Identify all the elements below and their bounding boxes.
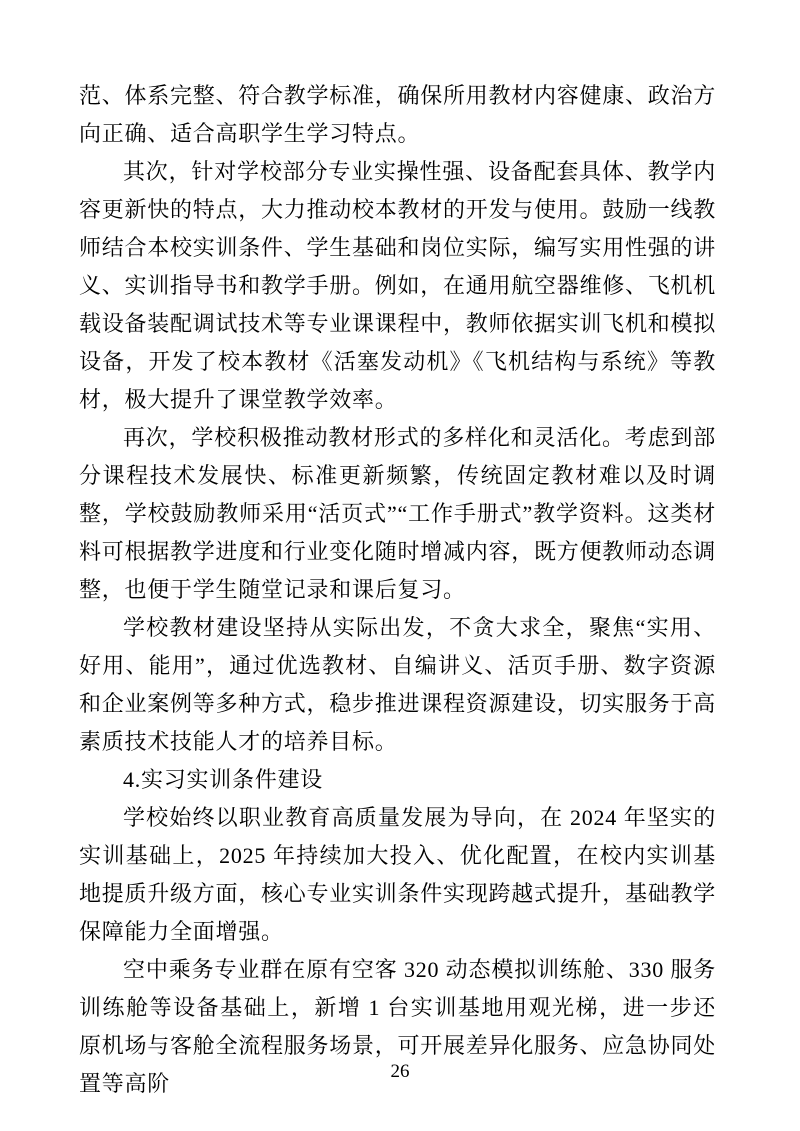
document-body: 范、体系完整、符合教学标准，确保所用教材内容健康、政治方向正确、适合高职学生学习… bbox=[79, 77, 716, 1103]
paragraph-continuation: 范、体系完整、符合教学标准，确保所用教材内容健康、政治方向正确、适合高职学生学习… bbox=[79, 77, 716, 153]
section-heading-training-conditions: 4.实习实训条件建设 bbox=[79, 761, 716, 799]
paragraph-training-investment: 学校始终以职业教育高质量发展为导向，在 2024 年坚实的实训基础上，2025 … bbox=[79, 799, 716, 951]
page-number: 26 bbox=[391, 1061, 410, 1082]
page-footer: 26 bbox=[0, 1058, 800, 1086]
paragraph-textbook-formats: 再次，学校积极推动教材形式的多样化和灵活化。考虑到部分课程技术发展快、标准更新频… bbox=[79, 419, 716, 609]
paragraph-textbook-principles: 学校教材建设坚持从实际出发，不贪大求全，聚焦“实用、好用、能用”，通过优选教材、… bbox=[79, 609, 716, 761]
document-page: 范、体系完整、符合教学标准，确保所用教材内容健康、政治方向正确、适合高职学生学习… bbox=[0, 0, 800, 1131]
paragraph-school-based-textbooks: 其次，针对学校部分专业实操性强、设备配套具体、教学内容更新快的特点，大力推动校本… bbox=[79, 153, 716, 419]
